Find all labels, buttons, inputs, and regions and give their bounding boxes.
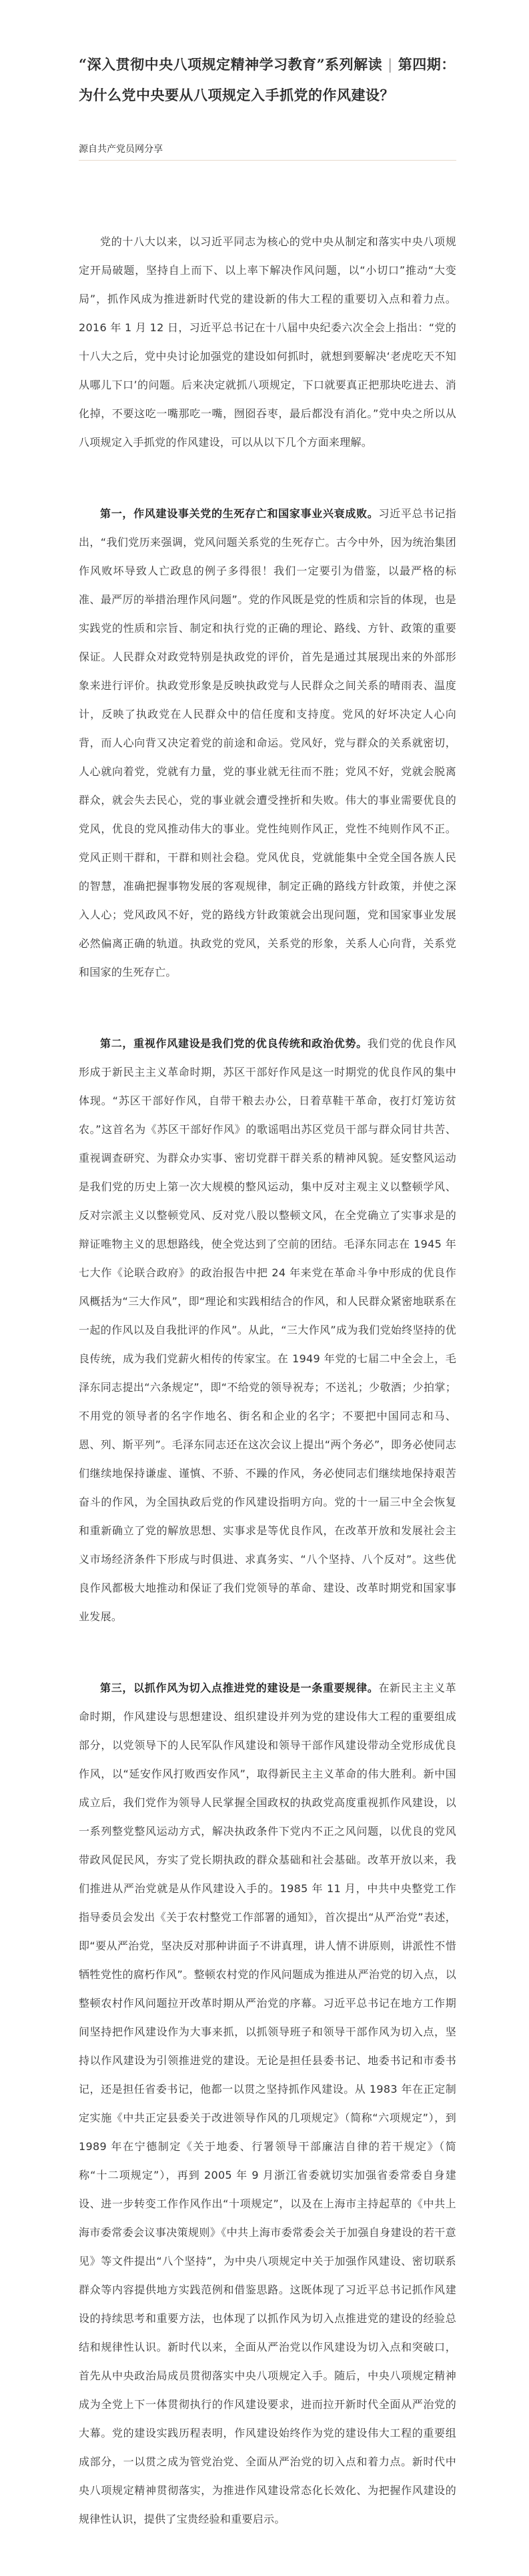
paragraph-lead: 第一，作风建设事关党的生死存亡和国家事业兴衰成败。 — [100, 507, 378, 520]
paragraph-text: 党的十八大以来，以习近平同志为核心的党中央从制定和落实中央八项规定开局破题，坚持… — [79, 235, 456, 449]
paragraph-intro: 党的十八大以来，以习近平同志为核心的党中央从制定和落实中央八项规定开局破题，坚持… — [79, 227, 456, 457]
article: “深入贯彻中央八项规定精神学习教育”系列解读|第四期：为什么党中央要从八项规定入… — [79, 0, 456, 2576]
paragraph-point-2: 第二，重视作风建设是我们党的优良传统和政治优势。我们党的优良作风形成于新民主主义… — [79, 1029, 456, 1631]
title-series: “深入贯彻中央八项规定精神学习教育”系列解读 — [79, 56, 382, 73]
paragraph-lead: 第二，重视作风建设是我们党的优良传统和政治优势。 — [100, 1037, 368, 1050]
paragraph-point-3: 第三，以抓作风为切入点推进党的建设是一条重要规律。在新民主主义革命时期，作风建设… — [79, 1674, 456, 2533]
paragraph-text: 我们党的优良作风形成于新民主主义革命时期，苏区干部好作风是这一时期党的优良作风的… — [79, 1037, 456, 1623]
article-body: 党的十八大以来，以习近平同志为核心的党中央从制定和落实中央八项规定开局破题，坚持… — [79, 227, 456, 2533]
article-title: “深入贯彻中央八项规定精神学习教育”系列解读|第四期：为什么党中央要从八项规定入… — [79, 0, 456, 111]
paragraph-point-1: 第一，作风建设事关党的生死存亡和国家事业兴衰成败。习近平总书记指出，“我们党历来… — [79, 499, 456, 986]
paragraph-text: 在新民主主义革命时期，作风建设与思想建设、组织建设并列为党的建设伟大工程的重要组… — [79, 1682, 456, 2525]
source-line: 源自共产党员网分享 — [79, 143, 456, 161]
title-separator: | — [382, 57, 398, 73]
paragraph-text: 习近平总书记指出，“我们党历来强调，党风问题关系党的生死存亡。古今中外，因为统治… — [79, 507, 456, 978]
paragraph-lead: 第三，以抓作风为切入点推进党的建设是一条重要规律。 — [100, 1682, 378, 1694]
